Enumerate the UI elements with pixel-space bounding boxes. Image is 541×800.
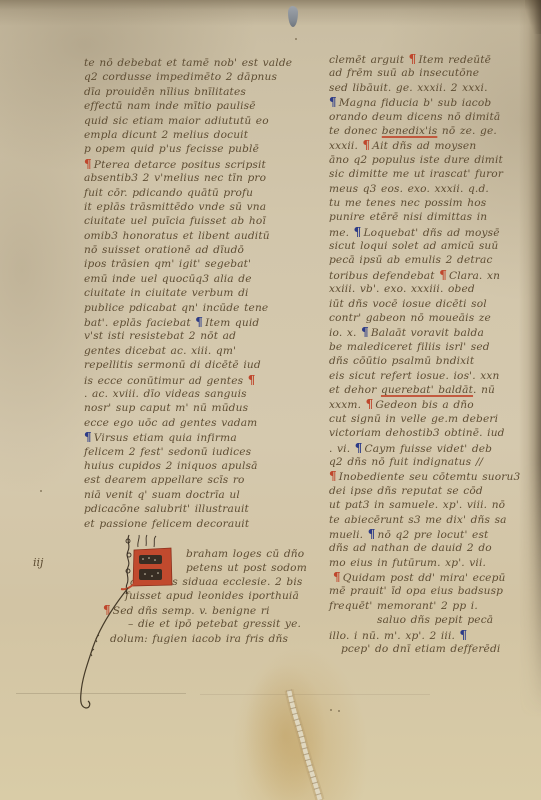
page-corner-shadow (525, 0, 541, 34)
text-segment: – die et ipō petebat gressit ye. (128, 618, 301, 630)
manuscript-line: ipos trāsien qm' igit' segebat' (84, 257, 310, 271)
text-column-left: te nō debebat et tamē nob' est valdeq2 c… (84, 56, 310, 531)
manuscript-line: et passione felicem decorauit (84, 517, 310, 531)
paraph-mark-icon: ¶ (84, 157, 92, 171)
manuscript-line: ciuitate uel puīcia fuisset ab hoī (84, 214, 310, 228)
text-segment: Gedeon bis a dño (375, 399, 473, 411)
manuscript-line: ad frēm suū ab insecutōne (329, 66, 527, 80)
text-segment: contr' gabeon nō moueāis ze (329, 312, 491, 324)
text-segment: fuit cōr. pdicando quātū profu (84, 187, 253, 199)
text-segment: io. x. (329, 327, 361, 339)
text-segment: te abiecērunt s3 me dix' dñs sa (329, 514, 507, 526)
text-segment: repellitis sermonū di dicētē iud (84, 359, 261, 371)
text-segment: querebat' baldāt (381, 384, 473, 396)
manuscript-line: repellitis sermonū di dicētē iud (84, 358, 310, 372)
manuscript-line: publice pdicabat qn' incūde tene (84, 301, 310, 315)
manuscript-line: emū inde uel quocūq3 alia de (84, 272, 310, 286)
text-segment: braham loges cū dño (186, 548, 304, 560)
text-segment: dñs cōūtio psalmū bndixit (329, 355, 474, 367)
manuscript-line: it eplās trāsmittēdo vnde sū vna (84, 200, 310, 214)
initial-flourish (55, 555, 150, 720)
text-segment: Item redeūtē (418, 54, 491, 66)
manuscript-line: ¶Magna fiducia b' sub iacob (329, 95, 527, 109)
manuscript-line: huius cupidos 2 iniquos apulsā (84, 459, 310, 473)
manuscript-line: felicem 2 fest' sedonū iudices (84, 445, 310, 459)
manuscript-line: te donec benedix'is nō ze. ge. (329, 124, 527, 138)
text-segment: ad frēm suū ab insecutōne (329, 67, 479, 79)
manuscript-line: mē prauit' īd opa eius badsusp (329, 584, 527, 598)
text-segment: empla dicunt 2 melius docuit (84, 129, 248, 141)
text-segment: omib3 honoratus et libent auditū (84, 230, 270, 242)
text-segment: dñs ad nathan de dauid 2 do (329, 542, 492, 554)
text-segment: pdicacōne salubrit' illustrauit (84, 503, 249, 515)
text-segment: absentib3 2 v'melius nec tīn pro (84, 172, 266, 184)
manuscript-page-photo: iij te nō debebat et tamē nob' est valde… (0, 0, 541, 800)
text-segment: iūt dñs vocē iosue dicēti sol (329, 298, 487, 310)
text-segment: Ait dñs ad moysen (372, 140, 476, 152)
text-segment: sed libāuit. ge. xxxii. 2 xxxi. (329, 82, 488, 94)
paraph-mark-icon: ¶ (409, 52, 417, 66)
text-segment: bat'. eplās faciebat (84, 317, 195, 329)
speck (295, 38, 297, 40)
paraph-mark-icon: ¶ (355, 441, 363, 455)
parchment-repair-seam (258, 666, 358, 800)
margin-note: iij (33, 556, 43, 569)
text-segment: v'st isti resistebat 2 nōt ad (84, 330, 236, 342)
manuscript-line: p opem quid p'us fecisse publē (84, 142, 310, 156)
manuscript-line: cut signū in velle ge.m deberi (329, 412, 527, 426)
text-segment: ciuitate in ciuitate verbum di (84, 287, 249, 299)
text-segment: ecce ego uōc ad gentes vadam (84, 417, 257, 429)
text-segment: nō suisset orationē ad dīudō (84, 244, 244, 256)
manuscript-line: absentib3 2 v'melius nec tīn pro (84, 171, 310, 185)
manuscript-line: et dehor querebat' baldāt. nū (329, 383, 527, 397)
text-segment: punire etērē nisi dimittas in (329, 211, 487, 223)
manuscript-line: ¶Virsus etiam quia infirma (84, 430, 310, 444)
manuscript-line: frequēt' memorant' 2 pp i. (329, 599, 527, 613)
paraph-mark-icon: ¶ (460, 628, 468, 642)
text-segment: illo. i nū. m'. xp'. 2 iii. (329, 630, 460, 642)
text-segment: nosr' sup caput m' nū mūdus (84, 402, 248, 414)
text-column-right: clemēt arguit ¶Item redeūtēad frēm suū a… (329, 52, 527, 656)
text-segment: . ac. xviii. dīo videas sanguis (84, 388, 247, 400)
text-segment: Pterea detarce positus scripsit (94, 159, 266, 171)
text-segment: . vi. (329, 443, 355, 455)
manuscript-line: v'st isti resistebat 2 nōt ad (84, 329, 310, 343)
manuscript-line: illo. i nū. m'. xp'. 2 iii. ¶ (329, 628, 527, 642)
text-segment: it eplās trāsmittēdo vnde sū vna (84, 201, 266, 213)
text-segment: nō q2 pre locut' est (378, 529, 489, 541)
text-segment: frequēt' memorant' 2 pp i. (329, 600, 478, 612)
paraph-mark-icon: ¶ (366, 397, 374, 411)
text-segment: cut signū in velle ge.m deberi (329, 413, 498, 425)
manuscript-line: punire etērē nisi dimittas in (329, 210, 527, 224)
manuscript-line: . vi. ¶Caym fuisse videt' deb (329, 441, 527, 455)
text-segment: dei ipse dñs reputat se cōd (329, 485, 483, 497)
manuscript-line: xxiii. vb'. exo. xxxiii. obed (329, 282, 527, 296)
text-segment: Magna fiducia b' sub iacob (339, 97, 492, 109)
manuscript-line: be malediceret filiis isrl' sed (329, 340, 527, 354)
manuscript-line: contr' gabeon nō moueāis ze (329, 311, 527, 325)
manuscript-line: is ecce conūtimur ad gentes ¶ (84, 373, 310, 387)
paraph-mark-icon: ¶ (329, 95, 337, 109)
manuscript-line: pdicacōne salubrit' illustrauit (84, 502, 310, 516)
manuscript-line: omib3 honoratus et libent auditū (84, 229, 310, 243)
text-segment: sicut loqui solet ad amicū suū (329, 240, 498, 252)
paraph-mark-icon: ¶ (368, 527, 376, 541)
paraph-mark-icon: ¶ (439, 268, 447, 282)
text-segment: mē prauit' īd opa eius badsusp (329, 585, 503, 597)
initial-letter: A (0, 0, 1, 1)
text-segment: tu me tenes nec possim hos (329, 197, 486, 209)
text-segment: sic dimitte me ut irascat' furor (329, 168, 503, 180)
manuscript-line: ciuitate in ciuitate verbum di (84, 286, 310, 300)
paraph-mark-icon: ¶ (195, 315, 203, 329)
manuscript-line: dñs ad nathan de dauid 2 do (329, 541, 527, 555)
manuscript-line: xxxm. ¶Gedeon bis a dño (329, 397, 527, 411)
text-segment: emū inde uel quocūq3 alia de (84, 273, 252, 285)
manuscript-line: eis sicut refert iosue. ios'. xxn (329, 369, 527, 383)
manuscript-line: ¶Inobediente seu cōtemtu suoru3 (329, 469, 527, 483)
manuscript-line: . ac. xviii. dīo videas sanguis (84, 387, 310, 401)
manuscript-line: orando deum dicens nō dimitā (329, 110, 527, 124)
manuscript-line: q2 dñs nō fuit indignatus // (329, 455, 527, 469)
text-segment: p opem quid p'us fecisse publē (84, 143, 259, 155)
manuscript-line: toribus defendebat ¶Clara. xn (329, 268, 527, 282)
paraph-mark-icon: ¶ (248, 373, 256, 387)
text-segment: petens ut post sodom (186, 562, 307, 574)
text-segment: effectū nam inde mītio paulisē (84, 100, 256, 112)
manuscript-line: effectū nam inde mītio paulisē (84, 99, 310, 113)
text-segment: benedix'is (382, 125, 438, 137)
text-segment: felicem 2 fest' sedonū iudices (84, 446, 251, 458)
manuscript-line: mo eius in futūrum. xp'. vii. (329, 556, 527, 570)
text-segment: xxiii. vb'. exo. xxxiii. obed (329, 283, 475, 295)
manuscript-line: quid sic etiam maior adiututū eo (84, 114, 310, 128)
manuscript-line: nō suisset orationē ad dīudō (84, 243, 310, 257)
manuscript-line: xxxii. ¶Ait dñs ad moysen (329, 138, 527, 152)
text-segment: saluo dñs pepit pecā (377, 614, 493, 626)
manuscript-line: dei ipse dñs reputat se cōd (329, 484, 527, 498)
manuscript-line: sed libāuit. ge. xxxii. 2 xxxi. (329, 81, 527, 95)
manuscript-line: saluo dñs pepit pecā (329, 613, 527, 627)
text-segment: et dehor (329, 384, 381, 396)
text-segment: ciuitate uel puīcia fuisset ab hoī (84, 215, 266, 227)
speck (40, 490, 42, 492)
paraph-mark-icon: ¶ (363, 138, 371, 152)
text-segment: quid sic etiam maior adiututū eo (84, 115, 269, 127)
text-segment: Inobediente seu cōtemtu suoru3 (339, 471, 521, 483)
text-segment: te nō debebat et tamē nob' est valde (84, 57, 292, 69)
manuscript-line: me. ¶Loquebat' dñs ad moysē (329, 225, 527, 239)
manuscript-line: meus q3 eos. exo. xxxii. q.d. (329, 182, 527, 196)
manuscript-line: q2 cordusse impedimēto 2 dāpnus (84, 70, 310, 84)
text-segment: Balaāt voravit balda (371, 327, 484, 339)
text-segment: me. (329, 227, 354, 239)
manuscript-line: dñs cōūtio psalmū bndixit (329, 354, 527, 368)
text-segment: publice pdicabat qn' incūde tene (84, 302, 268, 314)
manuscript-line: nosr' sup caput m' nū mūdus (84, 401, 310, 415)
text-segment: eis sicut refert iosue. ios'. xxn (329, 370, 499, 382)
text-segment: Virsus etiam quia infirma (94, 432, 237, 444)
text-segment: be malediceret filiis isrl' sed (329, 341, 490, 353)
text-segment: Quidam post dd' mira' ecepū (343, 572, 506, 584)
paraph-mark-icon: ¶ (354, 225, 362, 239)
penwork-sprigs (138, 535, 156, 547)
text-segment: te donec (329, 125, 382, 137)
text-segment: Clara. xn (449, 270, 500, 282)
manuscript-line: ecce ego uōc ad gentes vadam (84, 416, 310, 430)
paraph-mark-icon: ¶ (329, 469, 337, 483)
manuscript-line: sic dimitte me ut irascat' furor (329, 167, 527, 181)
ink-stain (288, 6, 298, 27)
manuscript-line: io. x. ¶Balaāt voravit balda (329, 325, 527, 339)
text-segment: dīa prouidēn nīlius bnīlitates (84, 86, 246, 98)
text-segment: xxxii. (329, 140, 363, 152)
manuscript-line: niā venit q' suam doctrīa ul (84, 488, 310, 502)
paraph-mark-icon: ¶ (333, 570, 341, 584)
manuscript-line: clemēt arguit ¶Item redeūtē (329, 52, 527, 66)
manuscript-line: victoriam dehostib3 obtinē. iud (329, 426, 527, 440)
text-segment: est dearem appellare scīs ro (84, 474, 245, 486)
manuscript-line: pcep' do dnī etiam defferēdi (329, 642, 527, 656)
text-segment: meus q3 eos. exo. xxxii. q.d. (329, 183, 489, 195)
text-segment: Item quid (205, 317, 259, 329)
manuscript-line: sicut loqui solet ad amicū suū (329, 239, 527, 253)
paraph-mark-icon: ¶ (361, 325, 369, 339)
manuscript-line: te nō debebat et tamē nob' est valde (84, 56, 310, 70)
text-segment: mo eius in futūrum. xp'. vii. (329, 557, 486, 569)
text-segment: gentes dicebat ac. xiii. qm' (84, 345, 236, 357)
text-segment: q2 dñs nō fuit indignatus // (329, 456, 483, 468)
text-segment: nō ze. ge. (437, 125, 497, 137)
text-segment: orando deum dicens nō dimitā (329, 111, 500, 123)
manuscript-line: gentes dicebat ac. xiii. qm' (84, 344, 310, 358)
text-segment: Caym fuisse videt' deb (365, 443, 493, 455)
text-segment: huius cupidos 2 iniquos apulsā (84, 460, 258, 472)
text-segment: āno q2 populus iste dure dimit (329, 154, 503, 166)
manuscript-line: pecā ipsū ab emulis 2 detrac (329, 253, 527, 267)
manuscript-line: bat'. eplās faciebat ¶Item quid (84, 315, 310, 329)
text-segment: clemēt arguit (329, 54, 409, 66)
paraph-mark-icon: ¶ (84, 430, 92, 444)
manuscript-line: dīa prouidēn nīlius bnīlitates (84, 85, 310, 99)
manuscript-line: fuit cōr. pdicando quātū profu (84, 186, 310, 200)
text-segment: ut pat3 in samuele. xp'. viii. nō (329, 499, 505, 511)
text-segment: ipos trāsien qm' igit' segebat' (84, 258, 251, 270)
manuscript-line: ut pat3 in samuele. xp'. viii. nō (329, 498, 527, 512)
text-segment: . nū (473, 384, 495, 396)
text-segment: pecā ipsū ab emulis 2 detrac (329, 254, 493, 266)
text-segment: xxxm. (329, 399, 366, 411)
text-segment: pcep' do dnī etiam defferēdi (341, 643, 500, 655)
text-segment: victoriam dehostib3 obtinē. iud (329, 427, 505, 439)
manuscript-line: tu me tenes nec possim hos (329, 196, 527, 210)
text-segment: mueli. (329, 529, 368, 541)
manuscript-line: te abiecērunt s3 me dix' dñs sa (329, 513, 527, 527)
manuscript-line: mueli. ¶nō q2 pre locut' est (329, 527, 527, 541)
manuscript-line: iūt dñs vocē iosue dicēti sol (329, 297, 527, 311)
manuscript-line: est dearem appellare scīs ro (84, 473, 310, 487)
manuscript-line: ¶Quidam post dd' mira' ecepū (329, 570, 527, 584)
text-segment: q2 cordusse impedimēto 2 dāpnus (84, 71, 277, 83)
manuscript-line: āno q2 populus iste dure dimit (329, 153, 527, 167)
text-segment: toribus defendebat (329, 270, 439, 282)
manuscript-line: empla dicunt 2 melius docuit (84, 128, 310, 142)
manuscript-line: ¶Pterea detarce positus scripsit (84, 157, 310, 171)
text-segment: et passione felicem decorauit (84, 518, 249, 530)
text-segment: niā venit q' suam doctrīa ul (84, 489, 240, 501)
text-segment: Loquebat' dñs ad moysē (363, 227, 499, 239)
text-segment: is ecce conūtimur ad gentes (84, 375, 248, 387)
